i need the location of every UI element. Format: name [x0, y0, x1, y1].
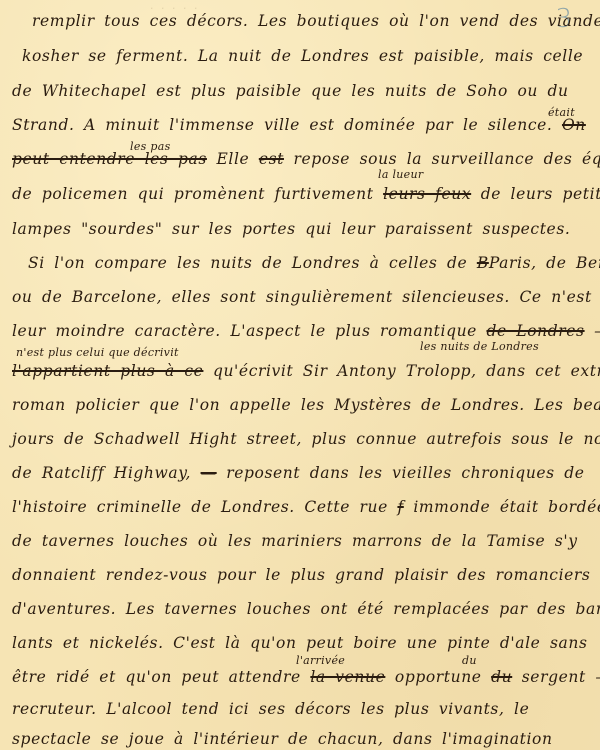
text-line-10: leur moindre caractère. L'aspect le plus… [12, 322, 600, 340]
text-line-7: lampes "sourdes" sur les portes qui leur… [12, 220, 600, 238]
interlinear-insertion: la lueur [378, 168, 423, 181]
line-text: immonde était bordée [413, 498, 600, 516]
interlinear-insertion: l'arrivée [296, 654, 345, 667]
line-text: de Ratcliff Highway, [12, 464, 191, 482]
interlinear-insertion: n'est plus celui que décrivit [16, 346, 179, 359]
line-text: donnaient rendez-vous pour le plus grand… [12, 566, 590, 584]
text-line-18: d'aventures. Les tavernes louches ont ét… [12, 600, 600, 618]
text-line-13: jours de Schadwell Hight street, plus co… [12, 430, 600, 448]
text-line-14: de Ratcliff Highway, — reposent dans les… [12, 464, 600, 482]
text-line-20: être ridé et qu'on peut attendre la venu… [12, 668, 600, 686]
text-line-5: peut entendre les pas Elle est repose so… [12, 150, 600, 168]
text-line-11: l'appartient plus à ce qu'écrivit Sir An… [12, 362, 600, 380]
line-text: être ridé et qu'on peut attendre [12, 668, 301, 686]
line-text: leur moindre caractère. L'aspect le plus… [12, 322, 477, 340]
text-line-15: l'histoire criminelle de Londres. Cette … [12, 498, 600, 516]
interlinear-insertion: les pas [130, 140, 171, 153]
text-line-22: spectacle se joue à l'intérieur de chacu… [12, 730, 600, 748]
line-text: d'aventures. Les tavernes louches ont ét… [12, 600, 600, 618]
line-text: remplir tous ces décors. Les boutiques o… [32, 12, 600, 30]
line-text: Si l'on compare les nuits de Londres à c… [28, 254, 467, 272]
line-text: kosher se ferment. La nuit de Londres es… [22, 47, 583, 65]
text-line-19: lants et nickelés. C'est là qu'on peut b… [12, 634, 600, 652]
line-text: jours de Schadwell Hight street, plus co… [12, 430, 600, 448]
struck-text: B [477, 254, 489, 272]
interlinear-insertion: était [548, 106, 575, 119]
text-line-12: roman policier que l'on appelle les Myst… [12, 396, 600, 414]
text-line-8: Si l'on compare les nuits de Londres à c… [28, 254, 600, 272]
text-line-1: remplir tous ces décors. Les boutiques o… [32, 12, 600, 30]
text-line-6: de policemen qui promènent furtivement l… [12, 185, 600, 203]
line-text: de tavernes louches où les mariniers mar… [12, 532, 578, 550]
struck-text: de Londres [486, 322, 584, 340]
line-text: ou de Barcelone, elles sont singulièreme… [12, 288, 600, 306]
struck-text: l'appartient plus à ce [12, 362, 203, 380]
line-text: — [594, 322, 600, 340]
text-line-16: de tavernes louches où les mariniers mar… [12, 532, 600, 550]
text-line-21: recruteur. L'alcool tend ici ses décors … [12, 700, 600, 718]
line-text: qu'écrivit Sir Antony Trolopp, dans cet … [213, 362, 600, 380]
line-text: sergent — [522, 668, 600, 686]
line-text: l'histoire criminelle de Londres. Cette … [12, 498, 388, 516]
line-text: repose sous la surveillance des équipes [294, 150, 600, 168]
text-line-9: ou de Barcelone, elles sont singulièreme… [12, 288, 600, 306]
line-text: reposent dans les vieilles chroniques de [226, 464, 584, 482]
line-text: lants et nickelés. C'est là qu'on peut b… [12, 634, 588, 652]
line-text: Paris, de Berlin [489, 254, 600, 272]
line-text: recruteur. L'alcool tend ici ses décors … [12, 700, 529, 718]
struck-text: f [397, 498, 403, 516]
line-text: spectacle se joue à l'intérieur de chacu… [12, 730, 553, 748]
struck-text: du [491, 668, 512, 686]
struck-text: — [201, 464, 217, 482]
manuscript-page: · · · · · 3 remplir tous ces décors. Les… [0, 0, 600, 750]
struck-text: la venue [310, 668, 385, 686]
text-line-17: donnaient rendez-vous pour le plus grand… [12, 566, 600, 584]
interlinear-insertion: du [462, 654, 477, 667]
line-text: Strand. A minuit l'immense ville est dom… [12, 116, 552, 134]
line-text: lampes "sourdes" sur les portes qui leur… [12, 220, 570, 238]
text-line-3: de Whitechapel est plus paisible que les… [12, 82, 600, 100]
line-text: roman policier que l'on appelle les Myst… [12, 396, 600, 414]
line-text: de policemen qui promènent furtivement [12, 185, 374, 203]
line-text: de leurs petites [481, 185, 600, 203]
struck-text: est [259, 150, 284, 168]
line-text: Elle [216, 150, 249, 168]
struck-text: leurs feux [383, 185, 471, 203]
struck-text: peut entendre les pas [12, 150, 207, 168]
text-line-4: Strand. A minuit l'immense ville est dom… [12, 116, 600, 134]
line-text: de Whitechapel est plus paisible que les… [12, 82, 569, 100]
text-line-2: kosher se ferment. La nuit de Londres es… [22, 47, 600, 65]
line-text: opportune [395, 668, 482, 686]
interlinear-insertion: les nuits de Londres [420, 340, 539, 353]
